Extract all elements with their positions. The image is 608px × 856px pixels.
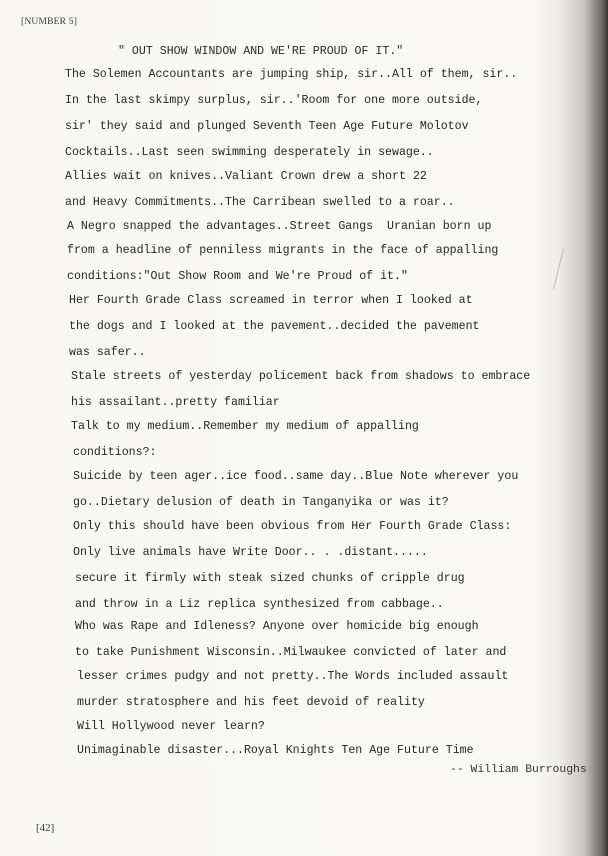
poem-line: Stale streets of yesterday policement ba…	[71, 370, 530, 383]
poem-line: conditions:"Out Show Room and We're Prou…	[67, 270, 408, 283]
author-signature: -- William Burroughs	[450, 764, 587, 776]
poem-line: Allies wait on knives..Valiant Crown dre…	[65, 170, 427, 183]
poem-line: Who was Rape and Idleness? Anyone over h…	[75, 620, 479, 633]
poem-line: Only this should have been obvious from …	[73, 520, 511, 533]
poem-line: secure it firmly with steak sized chunks…	[75, 572, 465, 585]
poem-line: In the last skimpy surplus, sir..'Room f…	[65, 94, 482, 107]
poem-line: Will Hollywood never learn?	[77, 720, 265, 733]
poem-line: the dogs and I looked at the pavement..d…	[69, 320, 480, 333]
poem-line: sir' they said and plunged Seventh Teen …	[65, 120, 469, 133]
poem-line: Suicide by teen ager..ice food..same day…	[73, 470, 518, 483]
pencil-mark	[553, 249, 564, 290]
poem-line: his assailant..pretty familiar	[71, 396, 280, 409]
poem-line: from a headline of penniless migrants in…	[67, 244, 498, 257]
poem-line: was safer..	[69, 346, 146, 359]
poem-line: lesser crimes pudgy and not pretty..The …	[77, 670, 508, 683]
page-number: [42]	[36, 822, 54, 834]
poem-line: and Heavy Commitments..The Carribean swe…	[65, 196, 455, 209]
poem-line: and throw in a Liz replica synthesized f…	[75, 598, 444, 611]
poem-line: Unimaginable disaster...Royal Knights Te…	[77, 744, 474, 757]
issue-label: [NUMBER 5]	[21, 17, 77, 27]
poem-line: murder stratosphere and his feet devoid …	[77, 696, 425, 709]
poem-line: to take Punishment Wisconsin..Milwaukee …	[75, 646, 506, 659]
poem-line: The Solemen Accountants are jumping ship…	[65, 68, 517, 81]
poem-line: A Negro snapped the advantages..Street G…	[67, 220, 491, 233]
poem-line: Only live animals have Write Door.. . .d…	[73, 546, 428, 559]
poem-line: conditions?:	[73, 446, 157, 459]
poem-line: Cocktails..Last seen swimming desperatel…	[65, 146, 434, 159]
poem-title: " OUT SHOW WINDOW AND WE'RE PROUD OF IT.…	[118, 45, 403, 58]
poem-line: Her Fourth Grade Class screamed in terro…	[69, 294, 473, 307]
poem-line: Talk to my medium..Remember my medium of…	[71, 420, 419, 433]
poem-line: go..Dietary delusion of death in Tangany…	[73, 496, 449, 509]
page: [NUMBER 5] " OUT SHOW WINDOW AND WE'RE P…	[0, 0, 608, 856]
